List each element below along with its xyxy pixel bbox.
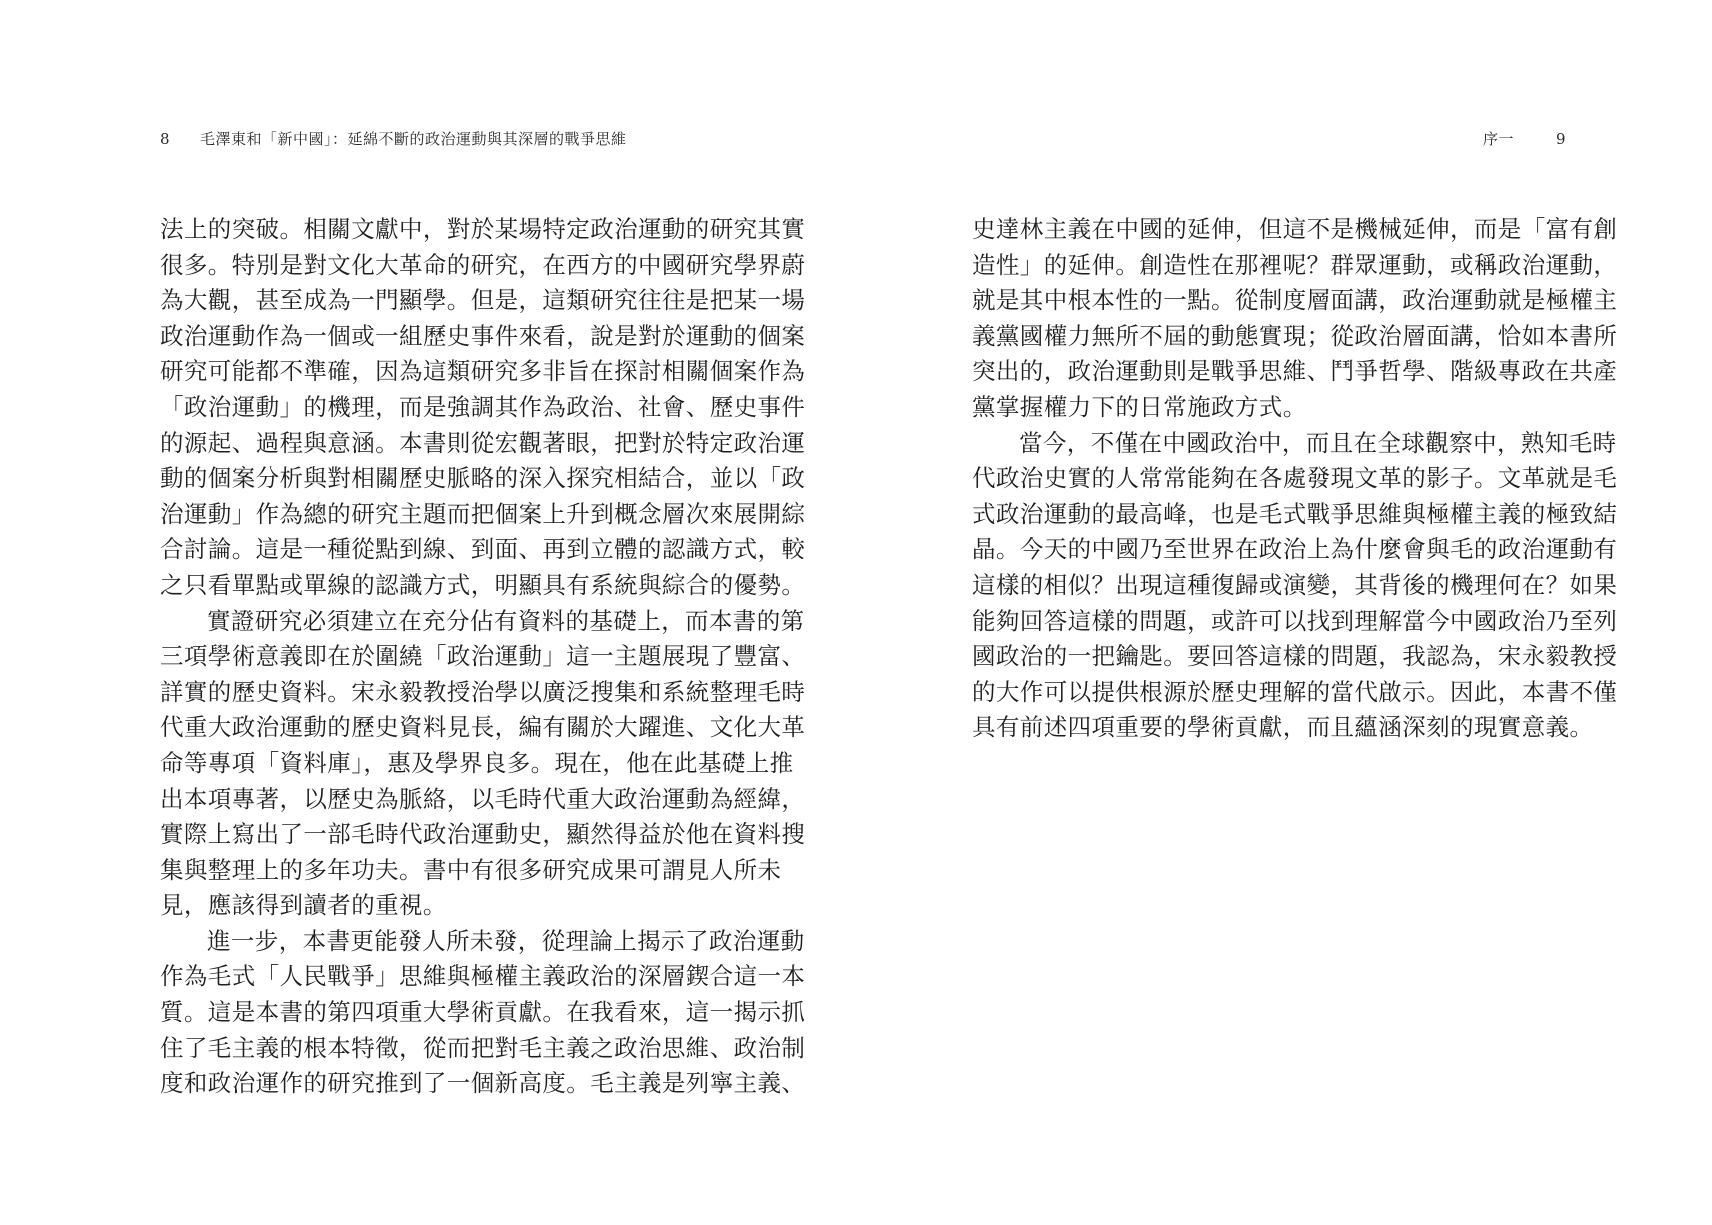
text-line: 命等專項「資料庫」，惠及學界良多。現在，他在此基礎上推 bbox=[160, 746, 750, 782]
text-line: 「政治運動」的機理，而是強調其作為政治、社會、歷史事件 bbox=[160, 390, 750, 426]
text-line: 具有前述四項重要的學術貢獻，而且蘊涵深刻的現實意義。 bbox=[972, 710, 1562, 746]
running-title: 序一 bbox=[1483, 130, 1514, 148]
text-line: 黨掌握權力下的日常施政方式。 bbox=[972, 390, 1562, 426]
text-line: 實證研究必須建立在充分佔有資料的基礎上，而本書的第 bbox=[160, 604, 750, 640]
text-line: 之只看單點或單線的認識方式，明顯具有系統與綜合的優勢。 bbox=[160, 568, 750, 604]
text-line: 治運動」作為總的研究主題而把個案上升到概念層次來展開綜 bbox=[160, 497, 750, 533]
running-head-left: 8毛澤東和「新中國」：延綿不斷的政治運動與其深層的戰爭思維 bbox=[160, 128, 627, 149]
body-text-right: 史達林主義在中國的延伸，但這不是機械延伸，而是「富有創造性」的延伸。創造性在那裡… bbox=[972, 212, 1562, 746]
text-line: 實際上寫出了一部毛時代政治運動史，顯然得益於他在資料搜 bbox=[160, 817, 750, 853]
text-line: 法上的突破。相關文獻中，對於某場特定政治運動的研究其實 bbox=[160, 212, 750, 248]
text-line: 見，應該得到讀者的重視。 bbox=[160, 888, 750, 924]
running-head-right: 序一9 bbox=[1483, 128, 1566, 149]
text-line: 這樣的相似？出現這種復歸或演變，其背後的機理何在？如果 bbox=[972, 568, 1562, 604]
text-line: 晶。今天的中國乃至世界在政治上為什麼會與毛的政治運動有 bbox=[972, 532, 1562, 568]
text-line: 造性」的延伸。創造性在那裡呢？群眾運動，或稱政治運動， bbox=[972, 248, 1562, 284]
text-line: 代重大政治運動的歷史資料見長，編有關於大躍進、文化大革 bbox=[160, 710, 750, 746]
text-line: 當今，不僅在中國政治中，而且在全球觀察中，熟知毛時 bbox=[972, 426, 1562, 462]
text-line: 住了毛主義的根本特徵，從而把對毛主義之政治思維、政治制 bbox=[160, 1031, 750, 1067]
text-line: 式政治運動的最高峰，也是毛式戰爭思維與極權主義的極致結 bbox=[972, 497, 1562, 533]
text-line: 史達林主義在中國的延伸，但這不是機械延伸，而是「富有創 bbox=[972, 212, 1562, 248]
running-title: 毛澤東和「新中國」：延綿不斷的政治運動與其深層的戰爭思維 bbox=[200, 130, 627, 148]
right-page: 序一9 史達林主義在中國的延伸，但這不是機械延伸，而是「富有創造性」的延伸。創造… bbox=[856, 0, 1712, 1225]
page-number: 8 bbox=[160, 130, 200, 148]
text-line: 合討論。這是一種從點到線、到面、再到立體的認識方式，較 bbox=[160, 532, 750, 568]
body-text-left: 法上的突破。相關文獻中，對於某場特定政治運動的研究其實很多。特別是對文化大革命的… bbox=[160, 212, 750, 1102]
page-number: 9 bbox=[1546, 130, 1566, 148]
text-line: 能夠回答這樣的問題，或許可以找到理解當今中國政治乃至列 bbox=[972, 604, 1562, 640]
text-line: 就是其中根本性的一點。從制度層面講，政治運動就是極權主 bbox=[972, 283, 1562, 319]
text-line: 作為毛式「人民戰爭」思維與極權主義政治的深層鍥合這一本 bbox=[160, 959, 750, 995]
left-page: 8毛澤東和「新中國」：延綿不斷的政治運動與其深層的戰爭思維 法上的突破。相關文獻… bbox=[0, 0, 856, 1225]
text-line: 進一步，本書更能發人所未發，從理論上揭示了政治運動 bbox=[160, 924, 750, 960]
text-line: 政治運動作為一個或一組歷史事件來看，說是對於運動的個案 bbox=[160, 319, 750, 355]
text-line: 度和政治運作的研究推到了一個新高度。毛主義是列寧主義、 bbox=[160, 1066, 750, 1102]
text-line: 質。這是本書的第四項重大學術貢獻。在我看來，這一揭示抓 bbox=[160, 995, 750, 1031]
text-line: 突出的，政治運動則是戰爭思維、鬥爭哲學、階級專政在共產 bbox=[972, 354, 1562, 390]
text-line: 集與整理上的多年功夫。書中有很多研究成果可謂見人所未 bbox=[160, 853, 750, 889]
text-line: 詳實的歷史資料。宋永毅教授治學以廣泛搜集和系統整理毛時 bbox=[160, 675, 750, 711]
text-line: 代政治史實的人常常能夠在各處發現文革的影子。文革就是毛 bbox=[972, 461, 1562, 497]
text-line: 為大觀，甚至成為一門顯學。但是，這類研究往往是把某一場 bbox=[160, 283, 750, 319]
text-line: 義黨國權力無所不屆的動態實現；從政治層面講，恰如本書所 bbox=[972, 319, 1562, 355]
text-line: 的大作可以提供根源於歷史理解的當代啟示。因此，本書不僅 bbox=[972, 675, 1562, 711]
text-line: 的源起、過程與意涵。本書則從宏觀著眼，把對於特定政治運 bbox=[160, 426, 750, 462]
text-line: 三項學術意義即在於圍繞「政治運動」這一主題展現了豐富、 bbox=[160, 639, 750, 675]
text-line: 研究可能都不準確，因為這類研究多非旨在探討相關個案作為 bbox=[160, 354, 750, 390]
text-line: 國政治的一把鑰匙。要回答這樣的問題，我認為，宋永毅教授 bbox=[972, 639, 1562, 675]
text-line: 很多。特別是對文化大革命的研究，在西方的中國研究學界蔚 bbox=[160, 248, 750, 284]
text-line: 動的個案分析與對相關歷史脈略的深入探究相結合，並以「政 bbox=[160, 461, 750, 497]
text-line: 出本項專著，以歷史為脈絡，以毛時代重大政治運動為經緯， bbox=[160, 782, 750, 818]
